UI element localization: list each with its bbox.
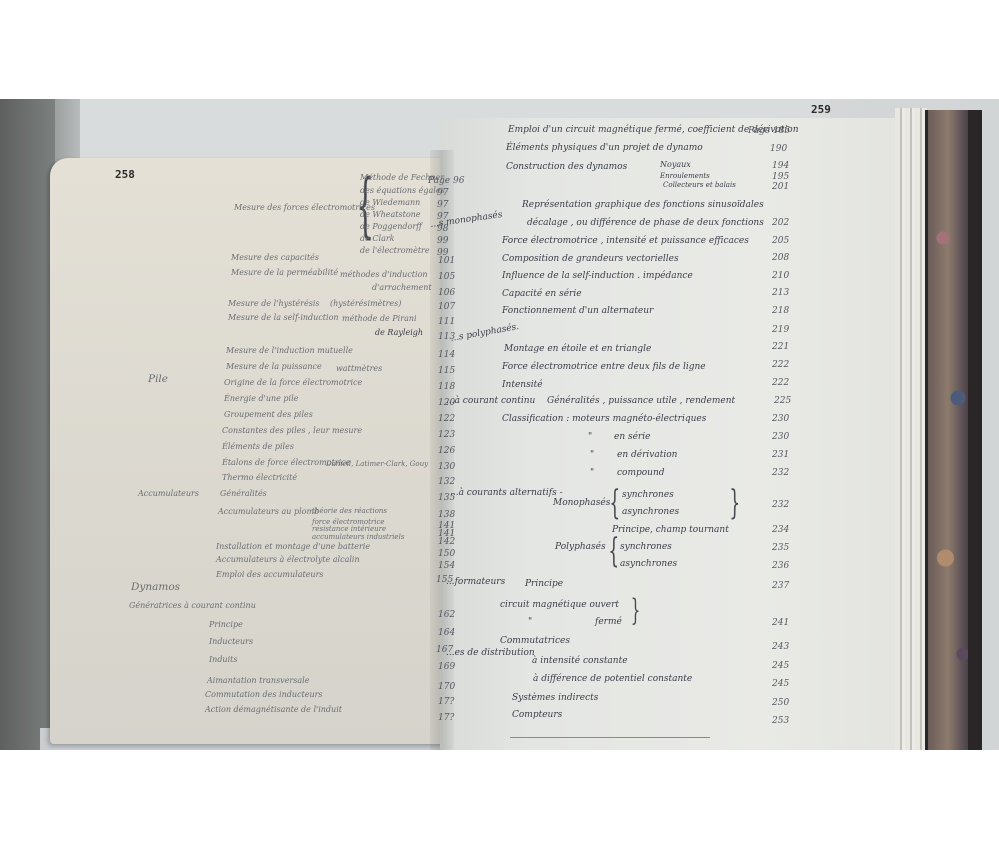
toc-entry: Principe bbox=[525, 579, 563, 589]
toc-sub: Enroulements bbox=[660, 172, 710, 180]
toc-page: 169 bbox=[438, 662, 455, 672]
toc-page: 99 bbox=[437, 236, 448, 246]
toc-sub: Noyaux bbox=[660, 160, 691, 169]
ditto-mark: " bbox=[590, 450, 594, 460]
toc-entry: Intensité bbox=[502, 380, 543, 390]
toc-entry: Mesure de l'induction mutuelle bbox=[226, 346, 353, 355]
toc-entry: Compteurs bbox=[512, 710, 562, 720]
toc-page: 234 bbox=[772, 525, 789, 535]
toc-entry: Principe bbox=[209, 620, 243, 629]
toc-sub: asynchrones bbox=[620, 559, 677, 569]
toc-entry: Construction des dynamos bbox=[506, 162, 627, 172]
toc-entry: Constantes des piles , leur mesure bbox=[222, 426, 362, 435]
toc-page: 164 bbox=[438, 628, 455, 638]
toc-sub: accumulateurs industriels bbox=[312, 533, 404, 541]
toc-section: Génératrices à courant continu bbox=[129, 601, 256, 610]
toc-page: 201 bbox=[772, 182, 789, 192]
toc-page: 105 bbox=[438, 272, 455, 282]
toc-entry: Groupement des piles bbox=[224, 410, 313, 419]
toc-sub: des équations égales bbox=[360, 186, 445, 195]
toc-page: 195 bbox=[772, 172, 789, 182]
toc-page: 230 bbox=[772, 432, 789, 442]
toc-page: 97 bbox=[437, 200, 448, 210]
toc-entry: Énergie d'une pile bbox=[224, 394, 298, 403]
ditto-mark: " bbox=[590, 468, 594, 478]
toc-sub: de Wheatstone bbox=[360, 210, 421, 219]
toc-page: Page 96 bbox=[428, 176, 464, 186]
toc-entry: Capacité en série bbox=[502, 289, 582, 299]
toc-sub: de Poggendorff bbox=[360, 222, 422, 231]
toc-entry: Polyphasés bbox=[555, 542, 606, 552]
toc-entry: Mesure de la self-induction bbox=[228, 313, 339, 322]
toc-sub: de Wiedemann bbox=[360, 198, 420, 207]
toc-sub: résistance intérieure bbox=[312, 525, 386, 533]
toc-entry: Mesure de la puissance bbox=[226, 362, 322, 371]
brace: { bbox=[608, 534, 619, 568]
toc-entry: décalage , ou différence de phase de deu… bbox=[527, 218, 764, 228]
toc-page: 222 bbox=[772, 360, 789, 370]
toc-entry: Commutation des inducteurs bbox=[205, 690, 323, 699]
toc-entry: Accumulateurs à électrolyte alcalin bbox=[216, 555, 360, 564]
toc-entry: Systèmes indirects bbox=[512, 693, 598, 703]
toc-page: 130 bbox=[438, 462, 455, 472]
toc-page: 202 bbox=[772, 218, 789, 228]
toc-sub: méthode de Pirani bbox=[342, 314, 417, 323]
toc-sub: compound bbox=[617, 468, 665, 478]
toc-entry: Fonctionnement d'un alternateur bbox=[502, 306, 653, 316]
toc-section: Pile bbox=[148, 373, 168, 385]
toc-sub: asynchrones bbox=[622, 507, 679, 517]
toc-entry: Induits bbox=[209, 655, 237, 664]
toc-sub: synchrones bbox=[622, 490, 674, 500]
toc-entry: Classification : moteurs magnéto-électri… bbox=[502, 414, 706, 424]
toc-page: 115 bbox=[438, 366, 455, 376]
toc-page: 107 bbox=[438, 302, 455, 312]
toc-entry: Mesure de la perméabilité bbox=[231, 268, 338, 277]
toc-page: 219 bbox=[772, 325, 789, 335]
toc-page: 138 bbox=[438, 510, 455, 520]
toc-page: 225 bbox=[774, 396, 791, 406]
toc-page: Page 185 bbox=[748, 126, 790, 136]
toc-entry: Composition de grandeurs vectorielles bbox=[502, 254, 679, 264]
toc-page: 231 bbox=[772, 450, 789, 460]
toc-sub: Principe, champ tournant bbox=[612, 525, 729, 535]
ditto-mark: " bbox=[528, 617, 532, 627]
toc-page: 210 bbox=[772, 271, 789, 281]
toc-page: 205 bbox=[772, 236, 789, 246]
toc-entry: Éléments physiques d'un projet de dynamo bbox=[506, 143, 703, 153]
toc-entry: Emploi des accumulateurs bbox=[216, 570, 324, 579]
ditto-mark: " bbox=[588, 432, 592, 442]
toc-sub: en série bbox=[614, 432, 650, 442]
toc-entry: Origine de la force électromotrice bbox=[224, 378, 362, 387]
toc-page: 250 bbox=[772, 698, 789, 708]
toc-entry: Aimantation transversale bbox=[207, 676, 309, 685]
toc-page: 245 bbox=[772, 661, 789, 671]
toc-page: 235 bbox=[772, 543, 789, 553]
toc-page: 122 bbox=[438, 414, 455, 424]
toc-page: 118 bbox=[438, 382, 455, 392]
toc-page: 123 bbox=[438, 430, 455, 440]
toc-page: 170 bbox=[438, 682, 455, 692]
toc-page: 221 bbox=[772, 342, 789, 352]
brace: } bbox=[631, 596, 641, 626]
page-number-right: 259 bbox=[811, 103, 831, 116]
toc-page: 241 bbox=[772, 618, 789, 628]
toc-page: 101 bbox=[438, 256, 455, 266]
toc-section: ...à courant continu bbox=[446, 396, 535, 406]
toc-entry: Commutatrices bbox=[500, 636, 570, 646]
toc-entry: circuit magnétique ouvert bbox=[500, 600, 619, 610]
toc-entry: Mesure de l'hystérésis bbox=[228, 299, 320, 308]
toc-sub: de Clark bbox=[360, 234, 395, 243]
toc-page: 154 bbox=[438, 561, 455, 571]
toc-page: 114 bbox=[438, 350, 455, 360]
toc-page: 142 bbox=[438, 537, 455, 547]
toc-section: Dynamos bbox=[131, 581, 180, 593]
toc-page: 126 bbox=[438, 446, 455, 456]
page-edges bbox=[895, 108, 927, 750]
toc-sub: synchrones bbox=[620, 542, 672, 552]
toc-page: 245 bbox=[772, 679, 789, 689]
toc-sub: méthodes d'induction bbox=[340, 270, 428, 279]
toc-entry: à différence de potentiel constante bbox=[533, 674, 692, 684]
dark-shadow-left bbox=[0, 99, 55, 750]
toc-section: ...formateurs bbox=[446, 577, 505, 587]
toc-entry: Généralités bbox=[220, 489, 267, 498]
toc-page: 17? bbox=[438, 713, 454, 723]
toc-entry: Monophasés bbox=[553, 498, 610, 508]
brace: { bbox=[609, 486, 620, 520]
toc-page: 243 bbox=[772, 642, 789, 652]
toc-sub: Daniell, Latimer-Clark, Gouy bbox=[326, 460, 428, 468]
toc-page: 208 bbox=[772, 253, 789, 263]
toc-page: 253 bbox=[772, 716, 789, 726]
toc-sub: de Rayleigh bbox=[375, 328, 423, 337]
toc-sub: de l'électromètre bbox=[360, 246, 430, 255]
toc-section: ...es de distribution bbox=[446, 648, 535, 658]
toc-page: 111 bbox=[438, 317, 455, 327]
toc-page: 230 bbox=[772, 414, 789, 424]
toc-sub: théorie des réactions bbox=[312, 507, 387, 515]
toc-page: 218 bbox=[772, 306, 789, 316]
toc-page: 97 bbox=[437, 188, 448, 198]
toc-section: Accumulateurs bbox=[138, 489, 199, 498]
toc-page: 162 bbox=[438, 610, 455, 620]
toc-entry: Thermo électricité bbox=[222, 473, 297, 482]
toc-entry: Influence de la self-induction . impédan… bbox=[502, 271, 693, 281]
toc-page: 194 bbox=[772, 161, 789, 171]
cover-edge bbox=[968, 110, 982, 750]
toc-page: 17? bbox=[438, 697, 454, 707]
toc-entry: Éléments de piles bbox=[222, 442, 294, 451]
toc-sub: Collecteurs et balais bbox=[663, 181, 736, 189]
toc-entry: Force électromotrice , intensité et puis… bbox=[502, 236, 749, 246]
brace: } bbox=[729, 486, 740, 520]
toc-page: 232 bbox=[772, 500, 789, 510]
toc-page: 237 bbox=[772, 581, 789, 591]
toc-entry: Action démagnétisante de l'induit bbox=[205, 705, 342, 714]
toc-page: 190 bbox=[770, 144, 787, 154]
toc-entry: Installation et montage d'une batterie bbox=[216, 542, 370, 551]
toc-page: 150 bbox=[438, 549, 455, 559]
toc-page: 106 bbox=[438, 288, 455, 298]
toc-entry: Mesure des forces électromotrices bbox=[234, 203, 375, 212]
toc-entry: Montage en étoile et en triangle bbox=[504, 344, 651, 354]
toc-page: 222 bbox=[772, 378, 789, 388]
toc-sub: d'arrachement bbox=[372, 283, 432, 292]
toc-sub: en dérivation bbox=[617, 450, 677, 460]
toc-entry: Force électromotrice entre deux fils de … bbox=[502, 362, 706, 372]
page-number-left: 258 bbox=[115, 168, 135, 181]
toc-page: 236 bbox=[772, 561, 789, 571]
toc-entry: à intensité constante bbox=[532, 656, 628, 666]
toc-entry: Représentation graphique des fonctions s… bbox=[522, 200, 764, 210]
toc-section: ...à courants alternatifs - bbox=[450, 488, 563, 498]
page-bottom-line bbox=[510, 737, 710, 738]
toc-sub: (hystérésimètres) bbox=[330, 299, 401, 308]
toc-entry: Mesure des capacités bbox=[231, 253, 319, 262]
toc-page: 132 bbox=[438, 477, 455, 487]
toc-sub: fermé bbox=[595, 617, 622, 627]
toc-entry: Inducteurs bbox=[209, 637, 253, 646]
toc-entry: Accumulateurs au plomb bbox=[218, 507, 319, 516]
toc-entry: Généralités , puissance utile , rendemen… bbox=[547, 396, 735, 406]
toc-page: 213 bbox=[772, 288, 789, 298]
toc-sub: wattmètres bbox=[336, 364, 382, 373]
toc-page: 232 bbox=[772, 468, 789, 478]
